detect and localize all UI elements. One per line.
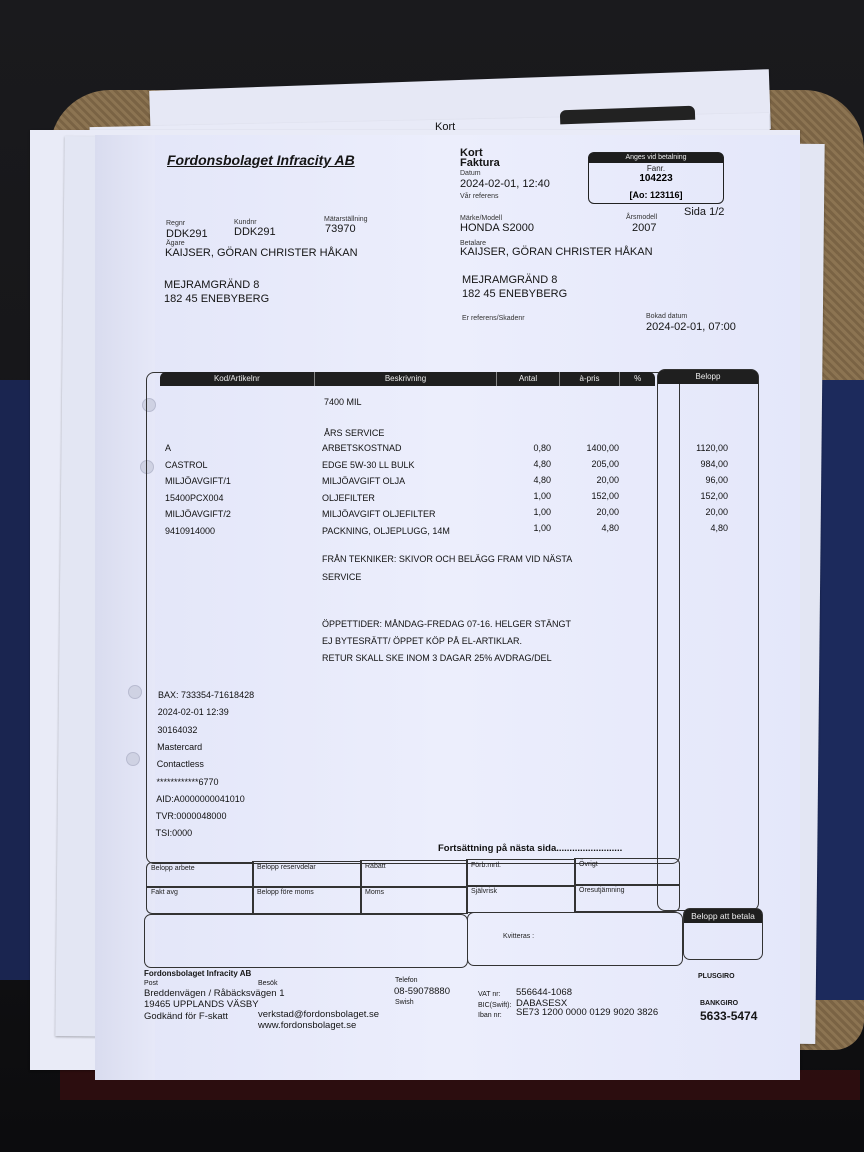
row-antal: 1,00 xyxy=(515,523,551,533)
footer-vat-label: VAT nr: xyxy=(478,991,501,998)
betalare-value: KAIJSER, GÖRAN CHRISTER HÅKAN xyxy=(460,246,653,258)
footer-iban-label: Iban nr: xyxy=(478,1012,502,1019)
footer-plusgiro-label: PLUSGIRO xyxy=(698,973,735,980)
footer-bankgiro-label: BANKGIRO xyxy=(700,1000,738,1007)
row-belopp: 96,00 xyxy=(683,475,728,485)
row-antal: 4,80 xyxy=(515,459,551,469)
signature-box xyxy=(144,914,468,968)
payment-reference-box: Anges vid betalning Fanr. 104223 [Ao: 12… xyxy=(588,152,724,204)
betalare-address-2: 182 45 ENEBYBERG xyxy=(462,288,567,300)
footer-bic-label: BIC(Swift): xyxy=(478,1002,511,1009)
receipt-line: 30164032 xyxy=(157,725,197,735)
total-belopp-arbete: Belopp arbete xyxy=(146,862,254,888)
marke-label: Märke/Modell xyxy=(460,215,502,222)
fanr-value: 104223 xyxy=(589,173,723,184)
row-apris: 152,00 xyxy=(575,491,619,501)
footer-address-2: 19465 UPPLANDS VÄSBY xyxy=(144,999,259,1010)
back-sheet-label: Kort xyxy=(435,121,455,133)
footer-web[interactable]: www.fordonsbolaget.se xyxy=(258,1020,356,1031)
receipt-line: TVR:0000048000 xyxy=(156,811,227,821)
var-referens-label: Vår referens xyxy=(460,193,499,200)
note-line: FRÅN TEKNIKER: SKIVOR OCH BELÄGG FRAM VI… xyxy=(322,554,572,564)
footer-address-1: Breddenvägen / Råbäcksvägen 1 xyxy=(144,988,285,999)
footer-bankgiro: 5633-5474 xyxy=(700,1009,757,1023)
footer-post-label: Post xyxy=(144,980,158,987)
items-table-header: Kod/Artikelnr Beskrivning Antal à-pris % xyxy=(160,372,655,386)
regnr-label: Regnr xyxy=(166,220,185,227)
datum-label: Datum xyxy=(460,170,481,177)
datum-value: 2024-02-01, 12:40 xyxy=(460,178,550,190)
footer-swish-label: Swish xyxy=(395,999,414,1006)
footer-iban: SE73 1200 0000 0129 9020 3826 xyxy=(516,1007,658,1018)
footer-telefon: 08-59078880 xyxy=(394,986,450,997)
section-title: ÅRS SERVICE xyxy=(324,428,384,438)
row-belopp: 984,00 xyxy=(683,459,728,469)
row-kod: CASTROL xyxy=(165,460,208,470)
row-beskrivning: EDGE 5W-30 LL BULK xyxy=(322,460,415,470)
row-beskrivning: MILJÖAVGIFT OLJEFILTER xyxy=(322,509,436,519)
row-antal: 4,80 xyxy=(515,475,551,485)
row-apris: 20,00 xyxy=(575,507,619,517)
row-apris: 205,00 xyxy=(575,459,619,469)
receipt-line: BAX: 733354-71618428 xyxy=(158,690,254,700)
footer-besok-label: Besök xyxy=(258,980,277,987)
footer-telefon-label: Telefon xyxy=(395,977,418,984)
col-apris: à-pris xyxy=(560,372,621,386)
footer-company: Fordonsbolaget Infracity AB xyxy=(144,969,251,978)
arsmodell-label: Årsmodell xyxy=(626,214,657,221)
note-line: EJ BYTESRÄTT/ ÖPPET KÖP PÅ EL-ARTIKLAR. xyxy=(322,636,522,646)
row-beskrivning: OLJEFILTER xyxy=(322,493,375,503)
footer-email[interactable]: verkstad@fordonsbolaget.se xyxy=(258,1009,379,1020)
total-moms: Moms xyxy=(360,886,468,914)
note-line: ÖPPETTIDER: MÅNDAG-FREDAG 07-16. HELGER … xyxy=(322,619,571,629)
row-antal: 1,00 xyxy=(515,491,551,501)
matarstallning-label: Mätarställning xyxy=(324,216,368,223)
row-belopp: 152,00 xyxy=(683,491,728,501)
row-apris: 1400,00 xyxy=(575,443,619,453)
continuation-note: Fortsättning på nästa sida..............… xyxy=(438,843,622,854)
col-beskrivning: Beskrivning xyxy=(315,372,498,386)
arsmodell-value: 2007 xyxy=(632,222,656,234)
receipt-line: AID:A0000000041010 xyxy=(156,794,245,804)
row-beskrivning: MILJÖAVGIFT OLJA xyxy=(322,476,405,486)
betalare-address-1: MEJRAMGRÄND 8 xyxy=(462,274,557,286)
matarstallning-value: 73970 xyxy=(325,223,356,235)
total-rabatt: Rabatt xyxy=(360,860,468,888)
marke-value: HONDA S2000 xyxy=(460,222,534,234)
mileage-line: 7400 MIL xyxy=(324,397,362,407)
agare-label: Ägare xyxy=(166,240,185,247)
row-apris: 4,80 xyxy=(575,523,619,533)
bokad-datum-value: 2024-02-01, 07:00 xyxy=(646,321,736,333)
row-kod: 15400PCX004 xyxy=(165,493,224,503)
total-sjalvrisk: Självrisk xyxy=(466,885,576,913)
page-number: Sida 1/2 xyxy=(684,206,724,218)
kvitteras-box: Kvitteras : xyxy=(467,912,683,966)
agare-address-2: 182 45 ENEBYBERG xyxy=(164,293,269,305)
amount-due-box: Belopp att betala xyxy=(683,908,763,960)
ao-value: [Ao: 123116] xyxy=(589,190,723,200)
row-kod: A xyxy=(165,443,171,453)
amount-due-label: Belopp att betala xyxy=(684,909,762,923)
note-line: RETUR SKALL SKE INOM 3 DAGAR 25% AVDRAG/… xyxy=(322,653,552,663)
receipt-line: ************6770 xyxy=(157,777,219,787)
row-kod: 9410914000 xyxy=(165,526,215,536)
row-beskrivning: PACKNING, OLJEPLUGG, 14M xyxy=(322,526,450,536)
receipt-line: Mastercard xyxy=(157,742,202,752)
row-belopp: 1120,00 xyxy=(683,443,728,453)
total-ovrigt: Övrigt xyxy=(574,858,680,886)
row-belopp: 4,80 xyxy=(683,523,728,533)
agare-address-1: MEJRAMGRÄND 8 xyxy=(164,279,259,291)
footer-f-skatt: Godkänd för F-skatt xyxy=(144,1011,228,1022)
receipt-line: 2024-02-01 12:39 xyxy=(158,707,229,717)
row-belopp: 20,00 xyxy=(683,507,728,517)
col-kod: Kod/Artikelnr xyxy=(160,372,315,386)
total-fakt-avg: Fakt avg xyxy=(146,886,254,914)
col-procent: % xyxy=(620,372,655,386)
total-belopp-fore-moms: Belopp före moms xyxy=(252,886,362,914)
punch-hole xyxy=(128,685,142,699)
company-title: Fordonsbolaget Infracity AB xyxy=(167,152,355,168)
agare-value: KAIJSER, GÖRAN CHRISTER HÅKAN xyxy=(165,247,358,259)
kundnr-value: DDK291 xyxy=(234,226,276,238)
kvitteras-label: Kvitteras : xyxy=(503,933,534,940)
regnr-value: DDK291 xyxy=(166,228,208,240)
total-forb-mtrl: Förb.mrtl. xyxy=(466,859,576,887)
row-antal: 1,00 xyxy=(515,507,551,517)
total-belopp-reservdelar: Belopp reservdelar xyxy=(252,861,362,888)
er-referens-label: Er referens/Skadenr xyxy=(462,315,525,322)
footer-vat: 556644-1068 xyxy=(516,987,572,998)
bokad-datum-label: Bokad datum xyxy=(646,313,687,320)
row-apris: 20,00 xyxy=(575,475,619,485)
doc-type-faktura: Faktura xyxy=(460,158,500,169)
row-kod: MILJÖAVGIFT/2 xyxy=(165,509,231,519)
fanr-label: Fanr. xyxy=(589,164,723,173)
receipt-line: Contactless xyxy=(157,759,204,769)
receipt-line: TSI:0000 xyxy=(156,828,193,838)
row-kod: MILJÖAVGIFT/1 xyxy=(165,476,231,486)
punch-hole xyxy=(126,752,140,766)
row-beskrivning: ARBETSKOSTNAD xyxy=(322,443,402,453)
kundnr-label: Kundnr xyxy=(234,219,257,226)
row-antal: 0,80 xyxy=(515,443,551,453)
col-antal: Antal xyxy=(497,372,560,386)
col-belopp: Belopp xyxy=(658,370,758,384)
note-line: SERVICE xyxy=(322,572,361,582)
total-oresutjamning: Öresutjämning xyxy=(574,884,680,912)
payment-box-header: Anges vid betalning xyxy=(589,153,723,163)
